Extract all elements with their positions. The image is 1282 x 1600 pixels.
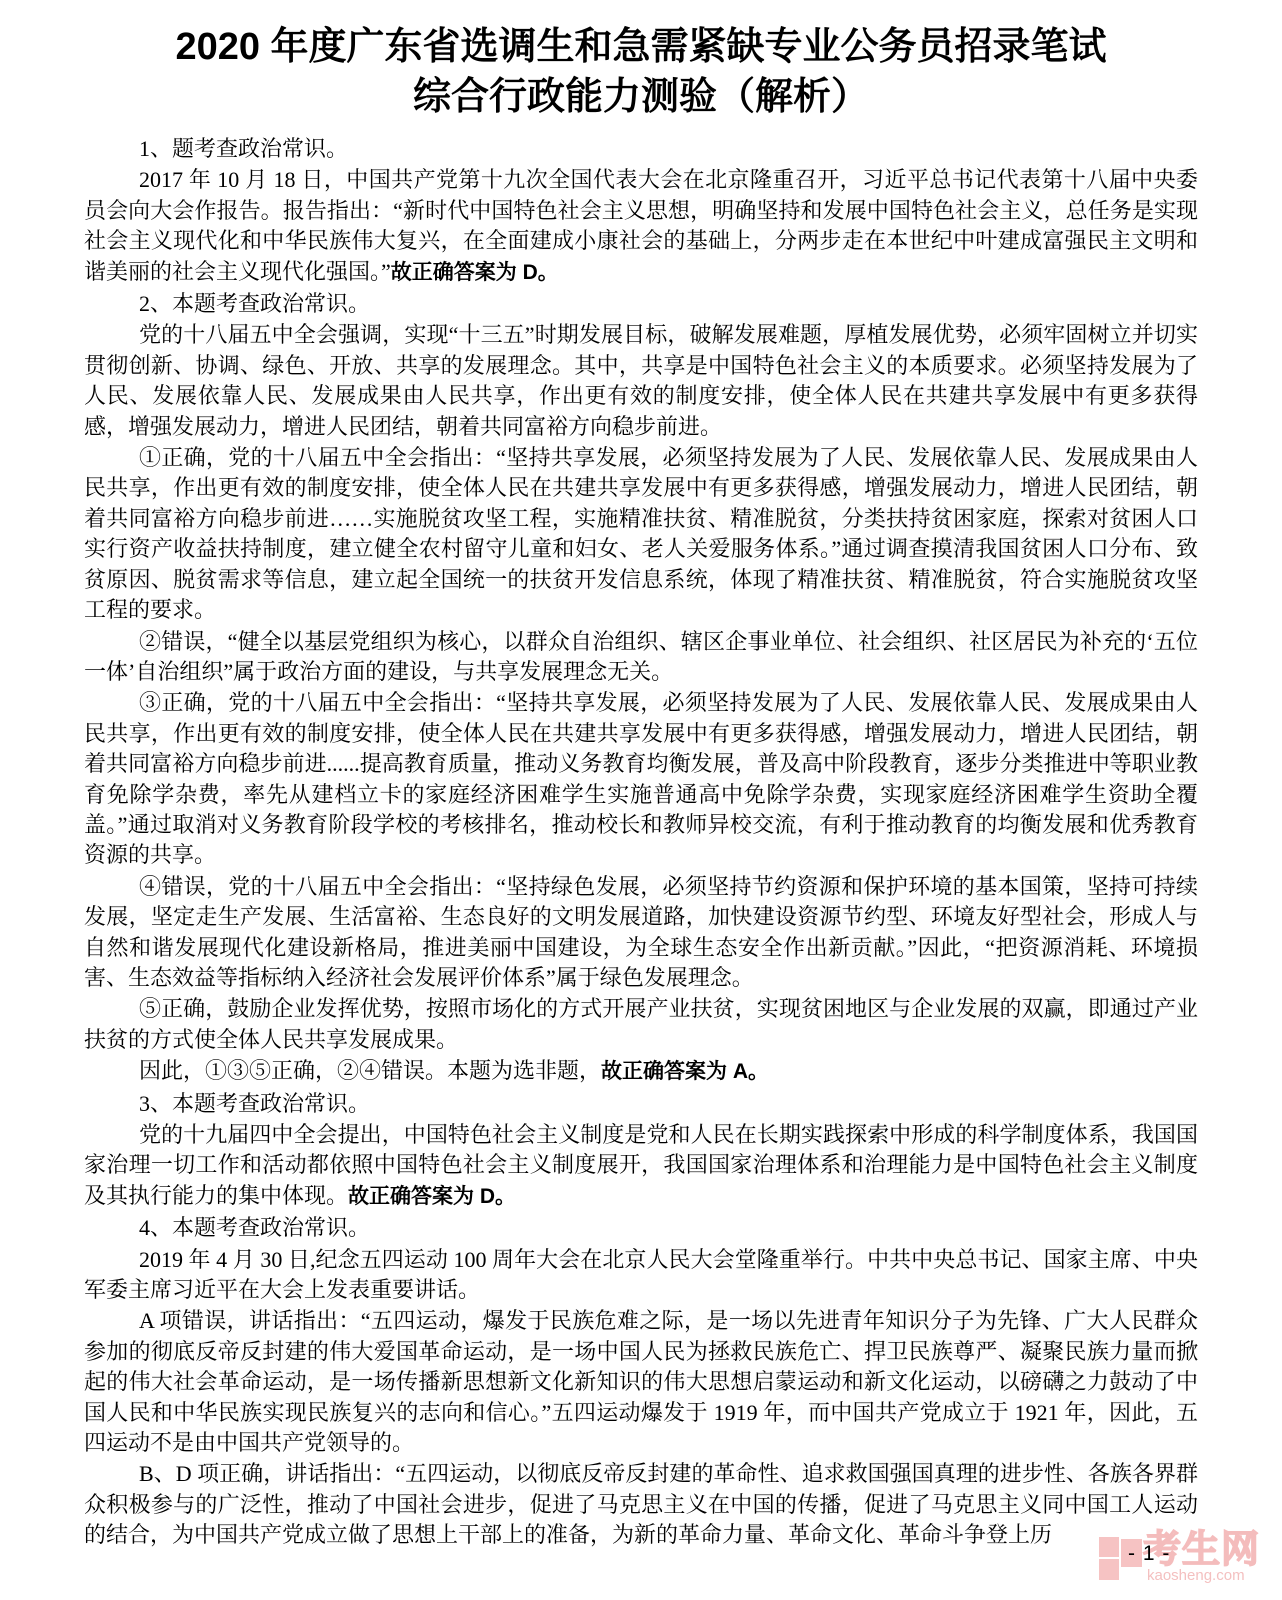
paragraph: ⑤正确，鼓励企业发挥优势，按照市场化的方式开展产业扶贫，实现贫困地区与企业发展的…: [84, 994, 1198, 1055]
paragraph-text: ③正确，党的十八届五中全会指出：“坚持共享发展，必须坚持发展为了人民、发展依靠人…: [84, 690, 1198, 867]
paragraph: ①正确，党的十八届五中全会指出：“坚持共享发展，必须坚持发展为了人民、发展依靠人…: [84, 443, 1198, 625]
paragraph-text: ①正确，党的十八届五中全会指出：“坚持共享发展，必须坚持发展为了人民、发展依靠人…: [84, 445, 1198, 622]
answer-key-bold: 故正确答案为 D。: [348, 1185, 516, 1208]
paragraph-text: ⑤正确，鼓励企业发挥优势，按照市场化的方式开展产业扶贫，实现贫困地区与企业发展的…: [84, 996, 1198, 1051]
paragraph-text: 党的十八届五中全会强调，实现“十三五”时期发展目标，破解发展难题，厚植发展优势，…: [84, 322, 1198, 438]
paragraph: 1、题考查政治常识。: [84, 134, 1198, 164]
kaosheng-watermark: 考生网 kaosheng.com: [1095, 1528, 1282, 1588]
kaosheng-logo-block: [1099, 1537, 1119, 1557]
kaosheng-logo-block: [1099, 1559, 1119, 1580]
paragraph: 党的十八届五中全会强调，实现“十三五”时期发展目标，破解发展难题，厚植发展优势，…: [84, 320, 1198, 442]
kaosheng-domain: kaosheng.com: [1147, 1567, 1245, 1584]
document-title: 2020 年度广东省选调生和急需紧缺专业公务员招录笔试 综合行政能力测验（解析）: [0, 22, 1282, 122]
paragraph: A 项错误，讲话指出：“五四运动，爆发于民族危难之际，是一场以先进青年知识分子为…: [84, 1306, 1198, 1458]
paragraph: 2017 年 10 月 18 日，中国共产党第十九次全国代表大会在北京隆重召开，…: [84, 165, 1198, 288]
paragraph-text: 党的十九届四中全会提出，中国特色社会主义制度是党和人民在长期实践探索中形成的科学…: [84, 1122, 1198, 1208]
paragraph-text: ②错误，“健全以基层党组织为核心，以群众自治组织、辖区企事业单位、社会组织、社区…: [84, 629, 1198, 684]
paragraph: 党的十九届四中全会提出，中国特色社会主义制度是党和人民在长期实践探索中形成的科学…: [84, 1120, 1198, 1212]
paragraph-text: 2017 年 10 月 18 日，中国共产党第十九次全国代表大会在北京隆重召开，…: [84, 167, 1198, 283]
paragraph-text: B、D 项正确，讲话指出：“五四运动，以彻底反帝反封建的革命性、追求救国强国真理…: [84, 1461, 1198, 1547]
document-body: 1、题考查政治常识。 2017 年 10 月 18 日，中国共产党第十九次全国代…: [84, 134, 1198, 1552]
answer-key-bold: 故正确答案为 A。: [601, 1060, 769, 1083]
document-title-line2: 综合行政能力测验（解析）: [413, 76, 869, 118]
paragraph: 因此，①③⑤正确，②④错误。本题为选非题，故正确答案为 A。: [84, 1056, 1198, 1087]
paragraph: 2019 年 4 月 30 日,纪念五四运动 100 周年大会在北京人民大会堂隆…: [84, 1245, 1198, 1306]
paragraph-text: 2019 年 4 月 30 日,纪念五四运动 100 周年大会在北京人民大会堂隆…: [84, 1247, 1198, 1302]
answer-key-bold: 故正确答案为 D。: [391, 261, 559, 284]
document-title-line1: 2020 年度广东省选调生和急需紧缺专业公务员招录笔试: [175, 26, 1106, 68]
paragraph: 2、本题考查政治常识。: [84, 289, 1198, 319]
paragraph-text: 因此，①③⑤正确，②④错误。本题为选非题，: [139, 1058, 601, 1083]
paragraph: 3、本题考查政治常识。: [84, 1089, 1198, 1119]
paragraph: B、D 项正确，讲话指出：“五四运动，以彻底反帝反封建的革命性、追求救国强国真理…: [84, 1459, 1198, 1550]
paragraph-text: 2、本题考查政治常识。: [139, 291, 370, 316]
paragraph-text: A 项错误，讲话指出：“五四运动，爆发于民族危难之际，是一场以先进青年知识分子为…: [84, 1308, 1198, 1455]
paragraph-text: 1、题考查政治常识。: [139, 136, 348, 161]
paragraph: ④错误，党的十八届五中全会指出：“坚持绿色发展，必须坚持节约资源和保护环境的基本…: [84, 872, 1198, 994]
paragraph-text: ④错误，党的十八届五中全会指出：“坚持绿色发展，必须坚持节约资源和保护环境的基本…: [84, 874, 1198, 990]
paragraph: 4、本题考查政治常识。: [84, 1213, 1198, 1243]
paragraph: ③正确，党的十八届五中全会指出：“坚持共享发展，必须坚持发展为了人民、发展依靠人…: [84, 688, 1198, 870]
document-page: 2020 年度广东省选调生和急需紧缺专业公务员招录笔试 综合行政能力测验（解析）…: [0, 0, 1282, 1600]
paragraph: ②错误，“健全以基层党组织为核心，以群众自治组织、辖区企事业单位、社会组织、社区…: [84, 627, 1198, 688]
page-number: - 1 -: [1128, 1542, 1170, 1566]
paragraph-text: 3、本题考查政治常识。: [139, 1091, 370, 1116]
paragraph-text: 4、本题考查政治常识。: [139, 1215, 370, 1240]
